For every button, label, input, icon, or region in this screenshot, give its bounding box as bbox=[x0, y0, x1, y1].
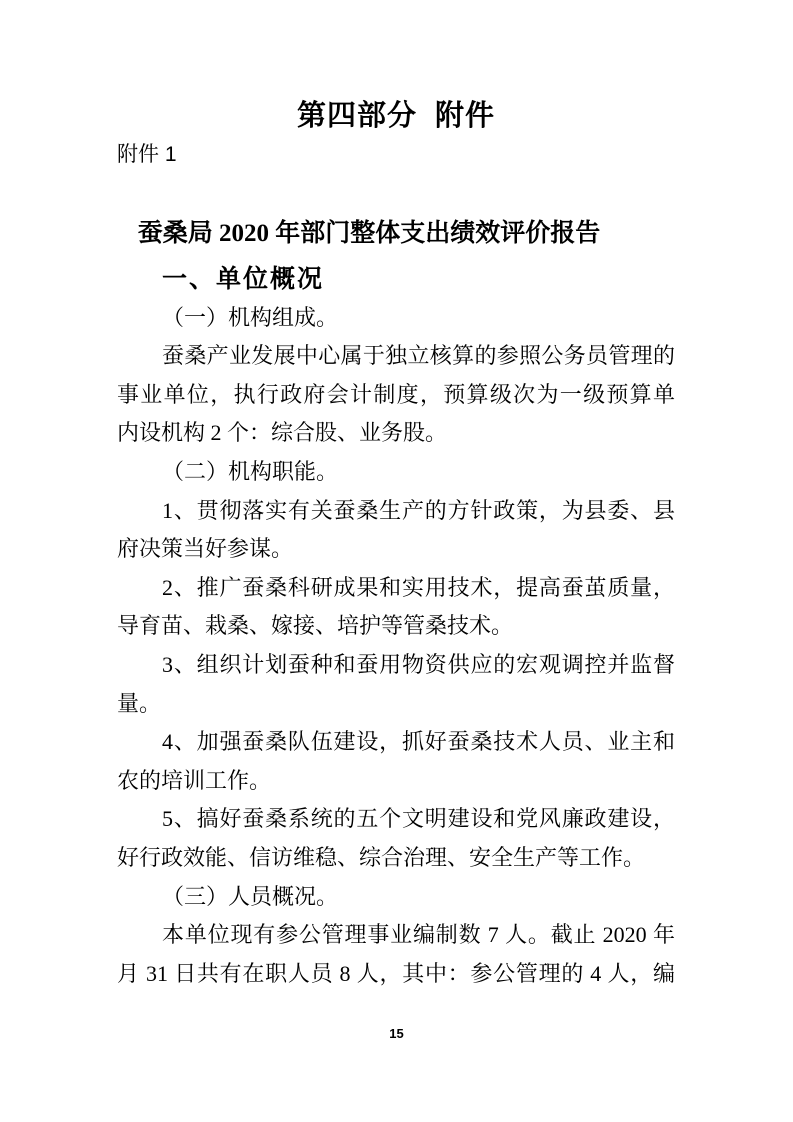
part-heading: 第四部分 附件 bbox=[117, 98, 675, 134]
document-page: 第四部分 附件 附件 1 蚕桑局 2020 年部门整体支出绩效评价报告 一、单位… bbox=[0, 0, 793, 1122]
subsection-heading: （一）机构组成。 bbox=[117, 299, 675, 338]
paragraph-line: 农的培训工作。 bbox=[117, 762, 675, 801]
attachment-label: 附件 1 bbox=[117, 142, 675, 168]
paragraph-line: 蚕桑产业发展中心属于独立核算的参照公务员管理的 bbox=[117, 337, 675, 376]
paragraph-line: 3、组织计划蚕种和蚕用物资供应的宏观调控并监督质 bbox=[117, 646, 675, 685]
report-title: 蚕桑局 2020 年部门整体支出绩效评价报告 bbox=[117, 215, 675, 253]
page-number: 15 bbox=[0, 1026, 793, 1042]
paragraph-line: 量。 bbox=[117, 685, 675, 724]
paragraph-line: 好行政效能、信访维稳、综合治理、安全生产等工作。 bbox=[117, 839, 675, 878]
subsection-heading: （二）机构职能。 bbox=[117, 453, 675, 492]
paragraph-line: 4、加强蚕桑队伍建设，抓好蚕桑技术人员、业主和蚕 bbox=[117, 723, 675, 762]
document-content: 第四部分 附件 附件 1 蚕桑局 2020 年部门整体支出绩效评价报告 一、单位… bbox=[117, 98, 675, 993]
subsection-heading: （三）人员概况。 bbox=[117, 878, 675, 917]
paragraph-line: 本单位现有参公管理事业编制数 7 人。截止 2020 年 12 bbox=[117, 916, 675, 955]
paragraph-line: 月 31 日共有在职人员 8 人，其中：参公管理的 4 人，编制 bbox=[117, 955, 675, 994]
paragraph-line: 1、贯彻落实有关蚕桑生产的方针政策，为县委、县政 bbox=[117, 492, 675, 531]
paragraph-line: 2、推广蚕桑科研成果和实用技术，提高蚕茧质量，指 bbox=[117, 569, 675, 608]
document-body: 一、单位概况（一）机构组成。蚕桑产业发展中心属于独立核算的参照公务员管理的事业单… bbox=[117, 260, 675, 993]
section-heading: 一、单位概况 bbox=[117, 260, 675, 299]
paragraph-line: 内设机构 2 个：综合股、业务股。 bbox=[117, 414, 675, 453]
paragraph-line: 事业单位，执行政府会计制度，预算级次为一级预算单位。 bbox=[117, 376, 675, 415]
paragraph-line: 府决策当好参谋。 bbox=[117, 530, 675, 569]
paragraph-line: 导育苗、栽桑、嫁接、培护等管桑技术。 bbox=[117, 607, 675, 646]
paragraph-line: 5、搞好蚕桑系统的五个文明建设和党风廉政建设，抓 bbox=[117, 800, 675, 839]
